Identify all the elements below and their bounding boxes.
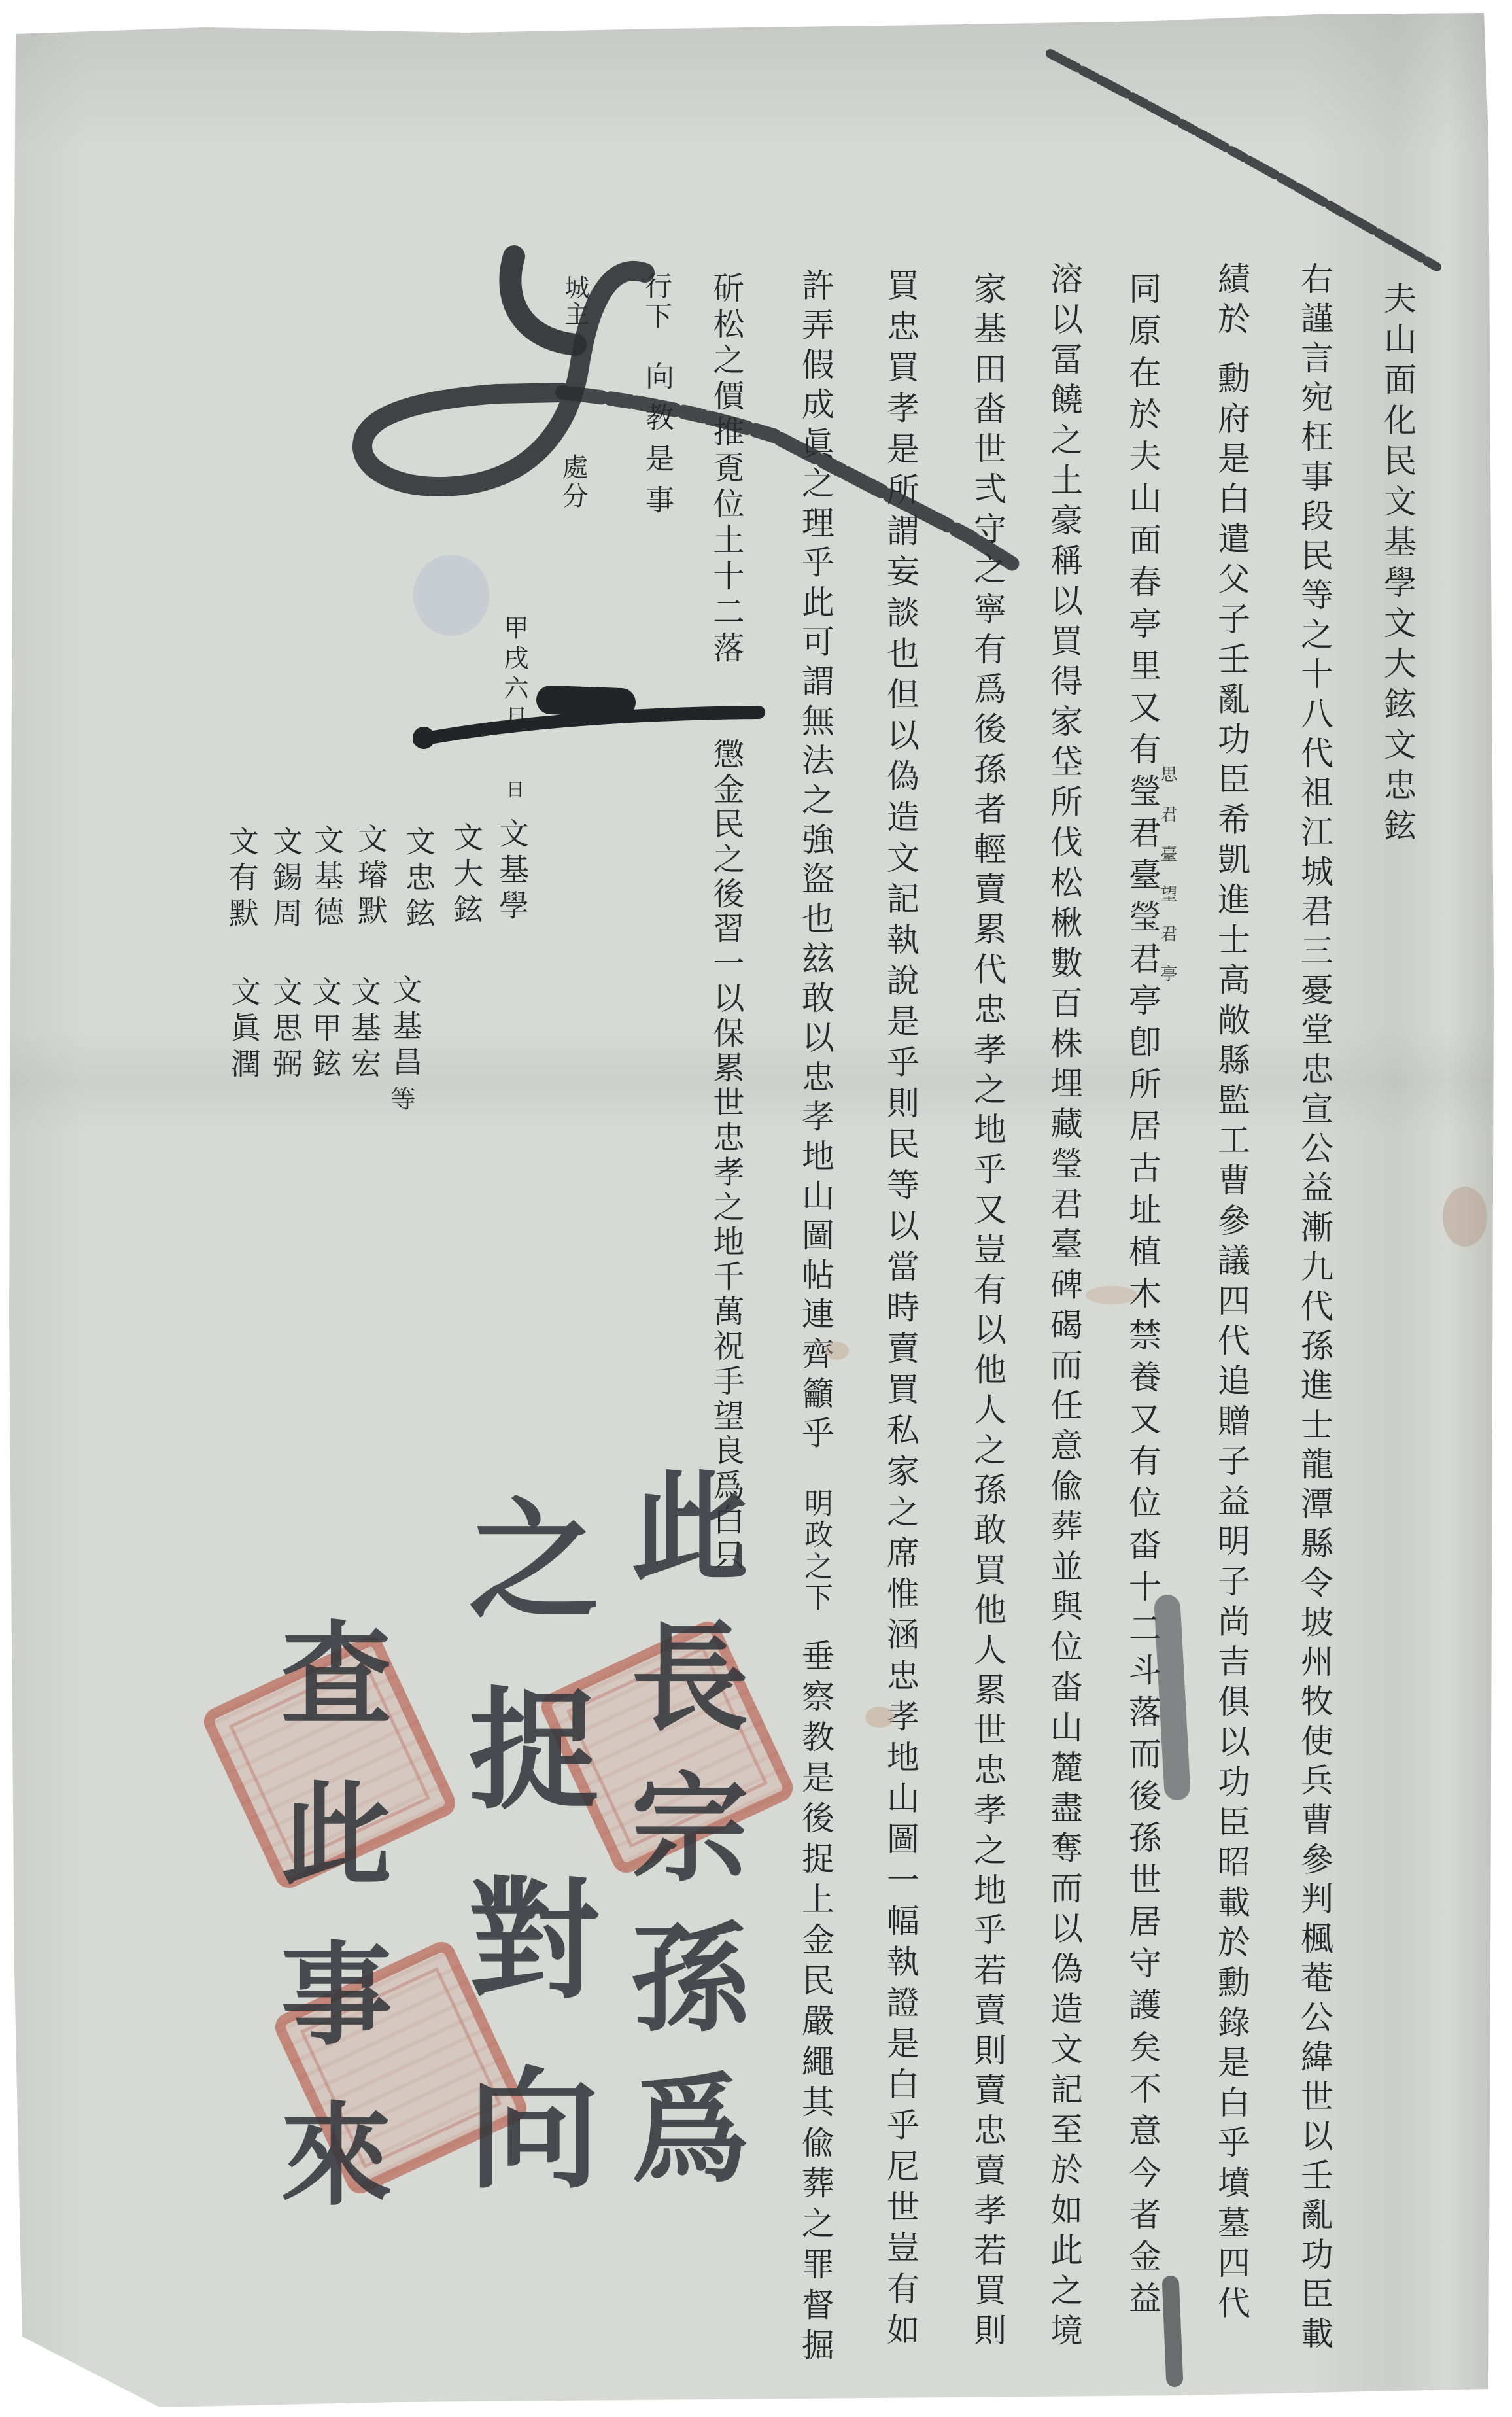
body-column-1: 右謹言宛枉事段民等之十八代祖江城君三憂堂忠宣公益漸九代孫進士龍潭縣令坡州牧使兵曹… bbox=[1298, 262, 1331, 2356]
signatories-suffix: 等 bbox=[388, 1086, 413, 1111]
signatory: 文眞潤 bbox=[229, 976, 259, 1084]
addressee-request: 處分 bbox=[560, 453, 586, 511]
body-column-6: 買忠買孝是所謂妄談也但以偽造文記執說是乎則民等以當時賣買私家之席惟涵忠孝地山圖一… bbox=[884, 268, 917, 2354]
signatory: 文基宏 bbox=[349, 976, 379, 1084]
addressee-title: 城主 bbox=[562, 275, 587, 327]
body-column-2-part-1: 績於 bbox=[1215, 262, 1248, 341]
closing-formula-part-2: 向教是事 bbox=[642, 361, 671, 526]
body-column-7-part-2: 明政之下 bbox=[801, 1488, 830, 1614]
signatory: 文基學 bbox=[497, 818, 527, 926]
signatory: 文璿默 bbox=[356, 823, 386, 931]
signatory: 文錫周 bbox=[271, 826, 301, 933]
body-column-4: 溶以冨饒之土豪稱以買得家垈所伐松楸數百株埋藏瑩君臺碑碣而任意偸葬並與位畓山麓盡奪… bbox=[1048, 262, 1080, 2354]
petitioner-title-line: 夫山面化民文基學文大鉉文忠鉉 bbox=[1381, 281, 1414, 849]
body-column-7-part-3: 垂察教是後捉上金民嚴繩其偸葬之罪督掘 bbox=[799, 1639, 832, 2369]
body-column-2-part-2: 勳府是白遣父子壬亂功臣希凱進士高敞縣監工曹參議四代追贈子益明子尚吉俱以功臣昭載於… bbox=[1215, 361, 1248, 2326]
disposition-column-2: 之捉對向 bbox=[458, 1491, 589, 2250]
signatory: 文有默 bbox=[227, 826, 257, 933]
paper-sheet bbox=[9, 8, 1495, 2410]
signatory: 文大鉉 bbox=[451, 822, 481, 930]
signatory: 文基昌 bbox=[390, 974, 421, 1082]
document-page: 夫山面化民文基學文大鉉文忠鉉 右謹言宛枉事段民等之十八代祖江城君三憂堂忠宣公益漸… bbox=[0, 0, 1512, 2417]
date-year-month: 甲戌六月 bbox=[502, 615, 526, 735]
body-column-8-part-2: 懲金民之後習一以保累世忠孝之地千萬祝手望良爲白只 bbox=[710, 738, 742, 1573]
signatory: 文忠鉉 bbox=[404, 826, 434, 933]
body-column-7-part-1: 許弄假成眞之理乎此可謂無法之強盜也玆敢以忠孝地山圖帖連齊籲乎 bbox=[799, 268, 832, 1455]
closing-formula-part-1: 行下 bbox=[643, 271, 670, 332]
body-column-8-part-1: 斫松之價推覔位土十二落 bbox=[710, 271, 742, 667]
body-column-3: 同原在於夫山面春亭里又有瑩君臺瑩君亭卽所居古址植木禁養又有位畓十二斗落而後孫世居… bbox=[1126, 271, 1159, 2323]
body-column-5: 家基田畓世弍守之寧有爲後孫者輕賣累代忠孝之地乎又豈有以他人之孫敢買他人累世忠孝之… bbox=[971, 271, 1004, 2353]
disposition-column-3: 査此事來 bbox=[271, 1616, 383, 2257]
signatory: 文甲鉉 bbox=[310, 976, 340, 1084]
disposition-column-1: 此長宗孫爲 bbox=[621, 1465, 739, 2217]
date-day: 日 bbox=[505, 780, 523, 798]
signatory: 文基德 bbox=[312, 824, 342, 932]
signatory: 文思弼 bbox=[271, 976, 301, 1084]
